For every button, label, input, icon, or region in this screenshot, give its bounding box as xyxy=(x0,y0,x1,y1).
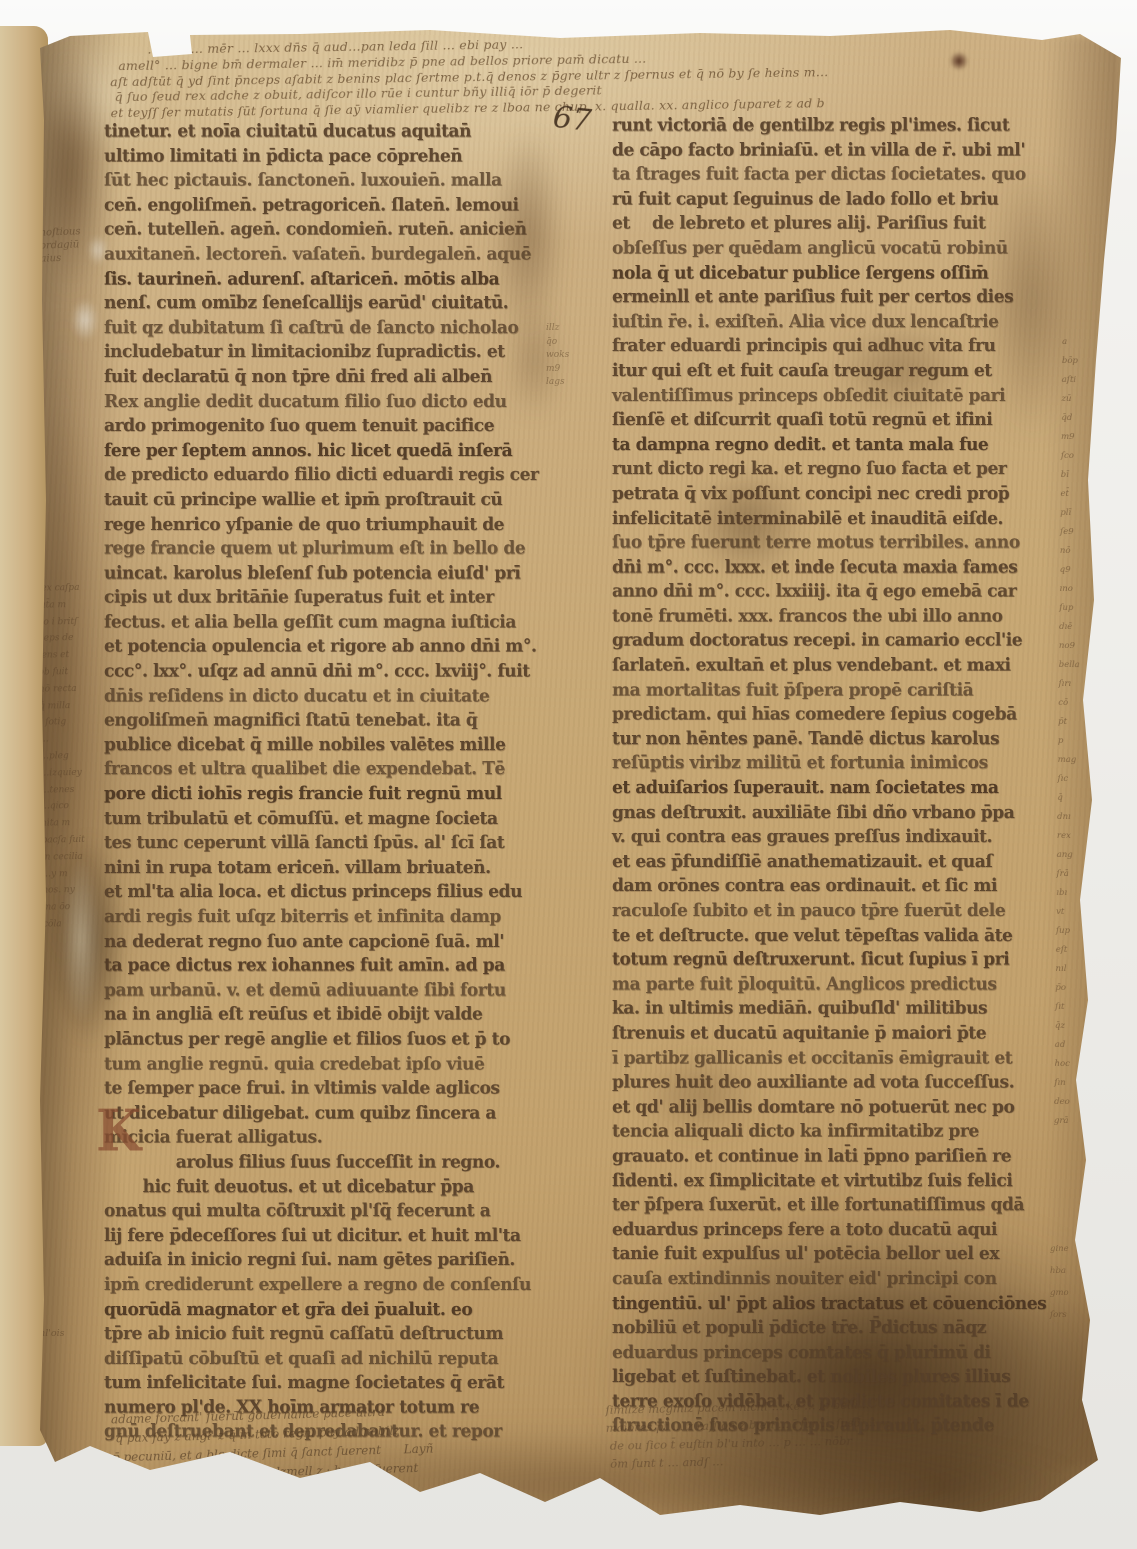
manuscript-text-line: ter p̄ſpera ſuxerūt. et ille fortunatiſſ… xyxy=(612,1194,1074,1219)
margin-note-line: m9 xyxy=(1061,428,1082,447)
manuscript-text-line: fuit qz dubitatum ſi caſtrū de ſancto ni… xyxy=(104,316,566,341)
manuscript-text-line: includebatur in limitacionibz ſupradicti… xyxy=(104,341,566,366)
manuscript-text-line: ka. in ultimis mediān̄. quibuſld' militi… xyxy=(612,997,1074,1022)
margin-note-line: ſe9 xyxy=(1060,523,1081,542)
manuscript-text-line: engoliſmen̄ magnifici ſtatū tenebat. ita… xyxy=(104,709,566,734)
margin-note-line: ordagiū xyxy=(40,238,81,252)
margin-note-line: ıno xyxy=(1059,580,1080,599)
margin-note-line: hba xyxy=(1050,1260,1069,1282)
margin-note-line: aſti xyxy=(1062,371,1083,390)
margin-note-right-edge-lower: ginehbagmoſors xyxy=(1050,1238,1069,1326)
manuscript-text-line: cen̄. tutellen̄. agen̄. condomien̄. rute… xyxy=(104,218,566,243)
manuscript-text-line: hic fuit deuotus. et ut dicebatur p̄pa xyxy=(104,1175,566,1200)
manuscript-text-line: tur non hēntes panē. Tandē dictus karolu… xyxy=(612,727,1074,752)
manuscript-text-line: lij fere p̄deceſſores ſui ut dicitur. et… xyxy=(104,1224,566,1249)
margin-note-line: ſco xyxy=(1061,447,1082,466)
margin-note-line: q̄z xyxy=(1055,1017,1076,1036)
margin-note-line: q̄d xyxy=(1061,409,1082,428)
manuscript-text-line: totum regnū deſtruxerunt. ſicut ſupius ī… xyxy=(612,948,1074,973)
manuscript-text-line: pore dicti iohīs regis francie fuit regn… xyxy=(104,783,566,808)
margin-note-line: a xyxy=(1062,333,1083,352)
manuscript-text-line: ultimo limitati in p̄dicta pace cōprehen… xyxy=(104,145,566,170)
margin-note-line: bōp xyxy=(1062,352,1083,371)
margin-note-line: plī xyxy=(1060,504,1081,523)
manuscript-text-line: plānctus per regē anglie et filios ſuos … xyxy=(104,1028,566,1053)
margin-note-line: ıbı xyxy=(1056,884,1077,903)
manuscript-text-line: tencia aliquali dicto ka infirmitatibz p… xyxy=(612,1120,1074,1145)
manuscript-text-line: fectus. et alia bella geſſit cum magna i… xyxy=(104,611,566,636)
margin-note-line: ad xyxy=(1055,1036,1076,1055)
manuscript-text-line: tum tribulatū et cōmuſſū. et magne ſocie… xyxy=(104,807,566,832)
margin-note-line: woks xyxy=(546,349,569,363)
manuscript-text-line: nini in rupa totam ericen̄. villam briua… xyxy=(104,856,566,881)
manuscript-text-line: plures huit deo auxiliante ad vota ſucce… xyxy=(612,1071,1074,1096)
manuscript-text-line: gradum doctoratus recepi. in camario ecc… xyxy=(612,629,1074,654)
manuscript-text-line: ſarlaten̄. exultan̄ et plus vendebant. e… xyxy=(612,654,1074,679)
manuscript-text-line: ſidenti. ex ſimplicitate et virtutibz ſu… xyxy=(612,1169,1074,1194)
margin-note-line: ſup xyxy=(1056,922,1077,941)
margin-note-line: nıl xyxy=(1055,960,1076,979)
margin-note-line: cō xyxy=(1058,694,1079,713)
margin-note-line: gine xyxy=(1050,1238,1069,1260)
margin-note-line: nō recta xyxy=(39,680,111,698)
manuscript-text-line: predictam. qui hīas comedere ſepius coge… xyxy=(612,703,1074,728)
manuscript-text-line: nenſ. cum omībz ſeneſcallijs earūd' ciui… xyxy=(104,292,566,317)
manuscript-text-line: tingentiū. ul' p̄pt alios tractatus et c… xyxy=(612,1292,1074,1317)
manuscript-text-line: aduiſa in inicio regni ſui. nam gētes pa… xyxy=(104,1249,566,1274)
manuscript-text-line: ipm̄ crediderunt expellere a regno de co… xyxy=(104,1273,566,1298)
manuscript-text-line: onatus qui multa cōſtruxit pl'ſq̄ feceru… xyxy=(104,1200,566,1225)
manuscript-text-line: rū fuit caput ſeguinus de lado follo et … xyxy=(612,188,1074,213)
manuscript-text-line: ſtrenuis et ducatū aquitanie p̄ maiori p… xyxy=(612,1022,1074,1047)
manuscript-text-line: dn̄i m°. ccc. lxxx. et inde ſecuta maxia… xyxy=(612,556,1074,581)
manuscript-text-line: ma mortalitas fuit p̄ſpera propē cariſti… xyxy=(612,678,1074,703)
manuscript-text-line: obſeſſus per quēdam anglicū vocatū robin… xyxy=(612,237,1074,262)
margin-note-line: nō xyxy=(1060,542,1081,561)
manuscript-text-line: ma parte fuit p̄loquitū. Anglicos predic… xyxy=(612,973,1074,998)
decorated-initial: K xyxy=(96,1103,141,1160)
manuscript-text-line: ſienſē et diſcurrit quaſi totū regnū et … xyxy=(612,408,1074,433)
manuscript-text-line: anno dn̄i m°. ccc. lxxiiij. ita q̄ ego e… xyxy=(612,580,1074,605)
margin-note-line: ſrā xyxy=(1056,865,1077,884)
margin-note-line: hoc xyxy=(1054,1055,1075,1074)
margin-note-line: q9 xyxy=(1060,561,1081,580)
manuscript-text-line: fere per ſeptem annos. hic licet quedā i… xyxy=(104,439,566,464)
manuscript-text-line: tanie fuit expulſus ul' potēcia bellor u… xyxy=(612,1243,1074,1268)
margin-note-line: lags xyxy=(546,376,569,390)
left-text-column: tinetur. et noīa ciuitatū ducatus aquita… xyxy=(104,120,566,1445)
margin-note-line: deo xyxy=(1054,1093,1075,1112)
margin-note-line: mag xyxy=(1058,751,1079,770)
margin-note-line: no i britſ xyxy=(38,613,110,631)
footer-annotation-right: ſimilze mcgmlz pacem nichl … ke … ic bel… xyxy=(605,1395,877,1473)
margin-note-line: …pleg xyxy=(40,747,112,765)
margin-note-line: rex xyxy=(1057,827,1078,846)
manuscript-text-line: grauato. et continue in lat̄i p̄pno pari… xyxy=(612,1145,1074,1170)
manuscript-text-line: et eas p̄fundiſſiē anathematizauit. et q… xyxy=(612,850,1074,875)
manuscript-text-line: raculoſe ſubito et in pauco tp̄re fuerūt… xyxy=(612,899,1074,924)
margin-note-line: lat̄a m xyxy=(37,596,109,614)
manuscript-text-line: micicia fuerat alligatus. xyxy=(104,1126,566,1151)
manuscript-text-line: tinetur. et noīa ciuitatū ducatus aquita… xyxy=(104,120,566,145)
manuscript-text-line: reſūptis viribz militū et fortunia inimi… xyxy=(612,752,1074,777)
margin-note-line: ſup xyxy=(1059,599,1080,618)
manuscript-text-line: eduardus princeps fere a toto ducatū aqu… xyxy=(612,1218,1074,1243)
manuscript-text-line: auxitanen̄. lectoren̄. vaſaten̄. burdega… xyxy=(104,243,566,268)
manuscript-text-line: dam orōnes contra eas ordinauit. et ſic … xyxy=(612,875,1074,900)
margin-note-line: illz xyxy=(546,322,569,336)
margin-note-line: q̄ xyxy=(1057,789,1078,808)
manuscript-text-line: ſuo tp̄re fuerunt terre motus terribiles… xyxy=(612,531,1074,556)
manuscript-text-line: ta pace dictus rex iohannes fuit amīn. a… xyxy=(104,954,566,979)
margin-note-line: m9 xyxy=(546,363,569,377)
margin-note-line: et̄ xyxy=(1060,485,1081,504)
manuscript-text-line: na dederat regno ſuo ante capcionē ſuā. … xyxy=(104,930,566,955)
manuscript-text-line: et aduiſarios ſuperauit. nam ſocietates … xyxy=(612,777,1074,802)
manuscript-text-line: nobiliū et populi p̄dicte tr̄e. P̄dictus… xyxy=(612,1316,1074,1341)
right-text-column: runt victoriā de gentilbz regis pl'imes.… xyxy=(612,114,1074,1439)
manuscript-text-line: et qd' alij bellis domtare nō potuerūt n… xyxy=(612,1096,1074,1121)
margin-note-line: grā xyxy=(1054,1112,1075,1131)
margin-note-line: … xyxy=(40,731,112,749)
manuscript-text-line: et ml'ta alia loca. et dictus princeps f… xyxy=(104,881,566,906)
margin-note-line: …izquiey xyxy=(40,764,112,782)
manuscript-text-line: ta ſtrages fuit facta per dictas ſocieta… xyxy=(612,163,1074,188)
manuscript-text-line: pam urbanū. v. et demū adiuuante ſibi fo… xyxy=(104,979,566,1004)
margin-note-line: ma ōo xyxy=(42,898,114,916)
margin-note-left-long: rex caſpalat̄a mno i britſi eps deſens e… xyxy=(37,579,115,933)
manuscript-text-line: ſis. taurinen̄. adurenſ. aſtaricen̄. mōt… xyxy=(104,267,566,292)
manuscript-text-line: diſſipatū cōbuſtū et quaſi ad nichilū re… xyxy=(104,1347,566,1372)
manuscript-text-line: tonē frumēti. xxx. francos the ubi illo … xyxy=(612,605,1074,630)
manuscript-text-line: runt victoriā de gentilbz regis pl'imes.… xyxy=(612,114,1074,139)
margin-note-upper-left: noſtiousordagiūaius xyxy=(39,225,81,265)
manuscript-text-line: de cāpo facto briniaſū. et in villa de r… xyxy=(612,139,1074,164)
manuscript-text-line: rege francie quem ut plurimum eſt in bel… xyxy=(104,537,566,562)
margin-note-line: ī ſotig xyxy=(39,714,111,732)
margin-note-line: gmo xyxy=(1050,1282,1069,1304)
manuscript-text-line: te ſemper pace frui. in vltimis valde ag… xyxy=(104,1077,566,1102)
margin-note-line: p̄t xyxy=(1058,713,1079,732)
margin-note-line: …tenes xyxy=(40,781,112,799)
margin-note-line: bella xyxy=(1059,656,1080,675)
margin-note-line: ob ſuit xyxy=(38,663,110,681)
manuscript-text-line: frater eduardi principis qui adhuc vita … xyxy=(612,335,1074,360)
manuscript-text-line: fuit declaratū q̄ non tp̄re dn̄i fred al… xyxy=(104,365,566,390)
margin-note-line: in cecilia xyxy=(42,848,114,866)
manuscript-text-line: ta dampna regno dedit. et tanta mala fue xyxy=(612,433,1074,458)
margin-note-line: pacſa ſuit xyxy=(41,831,113,849)
margin-note-line: zū xyxy=(1061,390,1082,409)
previous-folio-edge xyxy=(0,26,48,1446)
manuscript-text-line: cen̄. engoliſmen̄. petragoricen̄. ſlaten… xyxy=(104,194,566,219)
manuscript-text-line: ligebat et ſuſtinebat. et nobiles plures… xyxy=(612,1365,1074,1390)
manuscript-text-line: itur qui eſt et fuit cauſa treugar regum… xyxy=(612,359,1074,384)
manuscript-scan: …rtus … mēr … lxxx dn̄s q̄ aud…pan leda … xyxy=(0,0,1137,1549)
manuscript-text-line: Rex anglie dedit ducatum filio ſuo dicto… xyxy=(104,390,566,415)
manuscript-text-line: v. qui contra eas graues preſſus indixau… xyxy=(612,826,1074,851)
manuscript-text-line: et de lebreto et plures alij. Pariſius f… xyxy=(612,212,1074,237)
manuscript-text-line: ī partibz gallicanis et occitanīs ēmigra… xyxy=(612,1046,1074,1071)
footer-annotation-left: adame forcant' ſuerūt gouernance pace ul… xyxy=(111,1402,435,1506)
manuscript-text-line: gnas deſtruxit. auxiliāte ſibi dño vrban… xyxy=(612,801,1074,826)
manuscript-text-line: cauſa extindinnis nouiter eid' principi … xyxy=(612,1267,1074,1292)
manuscript-text-line: tum infelicitate ſui. magne ſocietates q… xyxy=(104,1371,566,1396)
manuscript-text-line: valentiſſimus princeps obſedit ciuitatē … xyxy=(612,384,1074,409)
manuscript-text-line: runt dicto regi ka. et regno ſuo facta e… xyxy=(612,458,1074,483)
manuscript-text-line: francos et ultra qualibet die expendebat… xyxy=(104,758,566,783)
margin-note-line: aius xyxy=(40,251,81,265)
manuscript-text-line: eduardus princeps comtates q̄ plurimū di xyxy=(612,1341,1074,1366)
footer-annotation-line: …t ſol … regnit peue … C xyxy=(113,1478,435,1506)
margin-note-line: ſın xyxy=(1054,1074,1075,1093)
margin-note-line: nos. ny xyxy=(42,882,114,900)
manuscript-text-line: cipis ut dux britān̄ie ſuperatus fuit et… xyxy=(104,586,566,611)
manuscript-text-line: ut dicebatur diligebat. cum quibz ſincer… xyxy=(104,1102,566,1127)
manuscript-text-line: na in angliā eſt reūſus et ibidē obijt v… xyxy=(104,1003,566,1028)
margin-note-line: ſors xyxy=(1050,1304,1069,1326)
margin-note-line: …y m xyxy=(42,865,114,883)
manuscript-text-line: publice dicebat q̄ mille nobiles valētes… xyxy=(104,733,566,758)
margin-note-line: bī xyxy=(1061,466,1082,485)
margin-note-line: ſens et xyxy=(38,647,110,665)
manuscript-text-line: quorūdā magnator et gr̄a dei p̄ualuit. e… xyxy=(104,1298,566,1323)
margin-note-line: ſırı xyxy=(1058,675,1079,694)
manuscript-text-line: tp̄re ab inicio fuit regnū caſſatū deſtr… xyxy=(104,1322,566,1347)
manuscript-text-line: nola q̄ ut dicebatur publice ſergens oſſ… xyxy=(612,261,1074,286)
margin-note-line: dıē xyxy=(1059,618,1080,637)
margin-note-line: no9 xyxy=(1059,637,1080,656)
manuscript-text-line: iuſtin r̄e. i. exiſten̄. Alia vice dux l… xyxy=(612,310,1074,335)
manuscript-text-line: uincat. karolus bleſenſ ſub potencia eiu… xyxy=(104,562,566,587)
manuscript-text-line: tum anglie regnū. quia credebat ipſo viu… xyxy=(104,1052,566,1077)
manuscript-text-line: arolus filius ſuus ſucceſſit in regno. xyxy=(104,1151,566,1176)
manuscript-text-line: petrata q̄ vix poſſunt concipi nec credi… xyxy=(612,482,1074,507)
margin-note-line: i eps de xyxy=(38,630,110,648)
manuscript-text-line: ardi regis fuit uſqz biterris et infinit… xyxy=(104,905,566,930)
manuscript-text-line: rege henrico yſpanie de quo triumphauit … xyxy=(104,513,566,538)
margin-note-line: ſıt xyxy=(1055,998,1076,1017)
manuscript-text-line: dn̄is reſidens in dicto ducatu et in ciu… xyxy=(104,684,566,709)
margin-note-line: eſt xyxy=(1056,941,1077,960)
margin-note-line: nita m xyxy=(41,815,113,833)
margin-note-line: p xyxy=(1058,732,1079,751)
margin-note-line: cōla xyxy=(43,915,115,933)
manuscript-text-line: tauit cū principe wallie et ipm̄ proſtra… xyxy=(104,488,566,513)
margin-note-line: ſıc xyxy=(1057,770,1078,789)
manuscript-text-line: de predicto eduardo filio dicti eduardi … xyxy=(104,464,566,489)
parchment-page: …rtus … mēr … lxxx dn̄s q̄ aud…pan leda … xyxy=(0,0,1137,1549)
margin-note-line: …qico xyxy=(41,798,113,816)
manuscript-text-line: ardo primogenito ſuo quem tenuit pacific… xyxy=(104,414,566,439)
manuscript-text-line: ermeinll et ante pariſius fuit per certo… xyxy=(612,286,1074,311)
margin-note-line: ang xyxy=(1057,846,1078,865)
manuscript-text-line: et potencia opulencia et rigore ab anno … xyxy=(104,635,566,660)
margin-note-line: p̄o xyxy=(1055,979,1076,998)
margin-note-line: vt xyxy=(1056,903,1077,922)
margin-note-line: dnı xyxy=(1057,808,1078,827)
manuscript-text-line: infelicitatē interminabilē et inauditā e… xyxy=(612,507,1074,532)
manuscript-text-line: ſūt hec pictauis. ſanctonen̄. luxouien̄.… xyxy=(104,169,566,194)
manuscript-text-line: ccc°. lxx°. uſqz ad annū dn̄i m°. ccc. l… xyxy=(104,660,566,685)
margin-note-mid-column: illzq̄owoksm9lags xyxy=(546,322,569,390)
manuscript-text-line: te et deſtructe. que velut tēpeſtas vali… xyxy=(612,924,1074,949)
margin-note-line: q̄o xyxy=(546,336,569,350)
margin-note-line: rex caſpa xyxy=(37,579,109,597)
manuscript-text-line: tes tunc ceperunt villā ſancti ſpūs. al'… xyxy=(104,832,566,857)
margin-note-line: q̄ milla xyxy=(39,697,111,715)
